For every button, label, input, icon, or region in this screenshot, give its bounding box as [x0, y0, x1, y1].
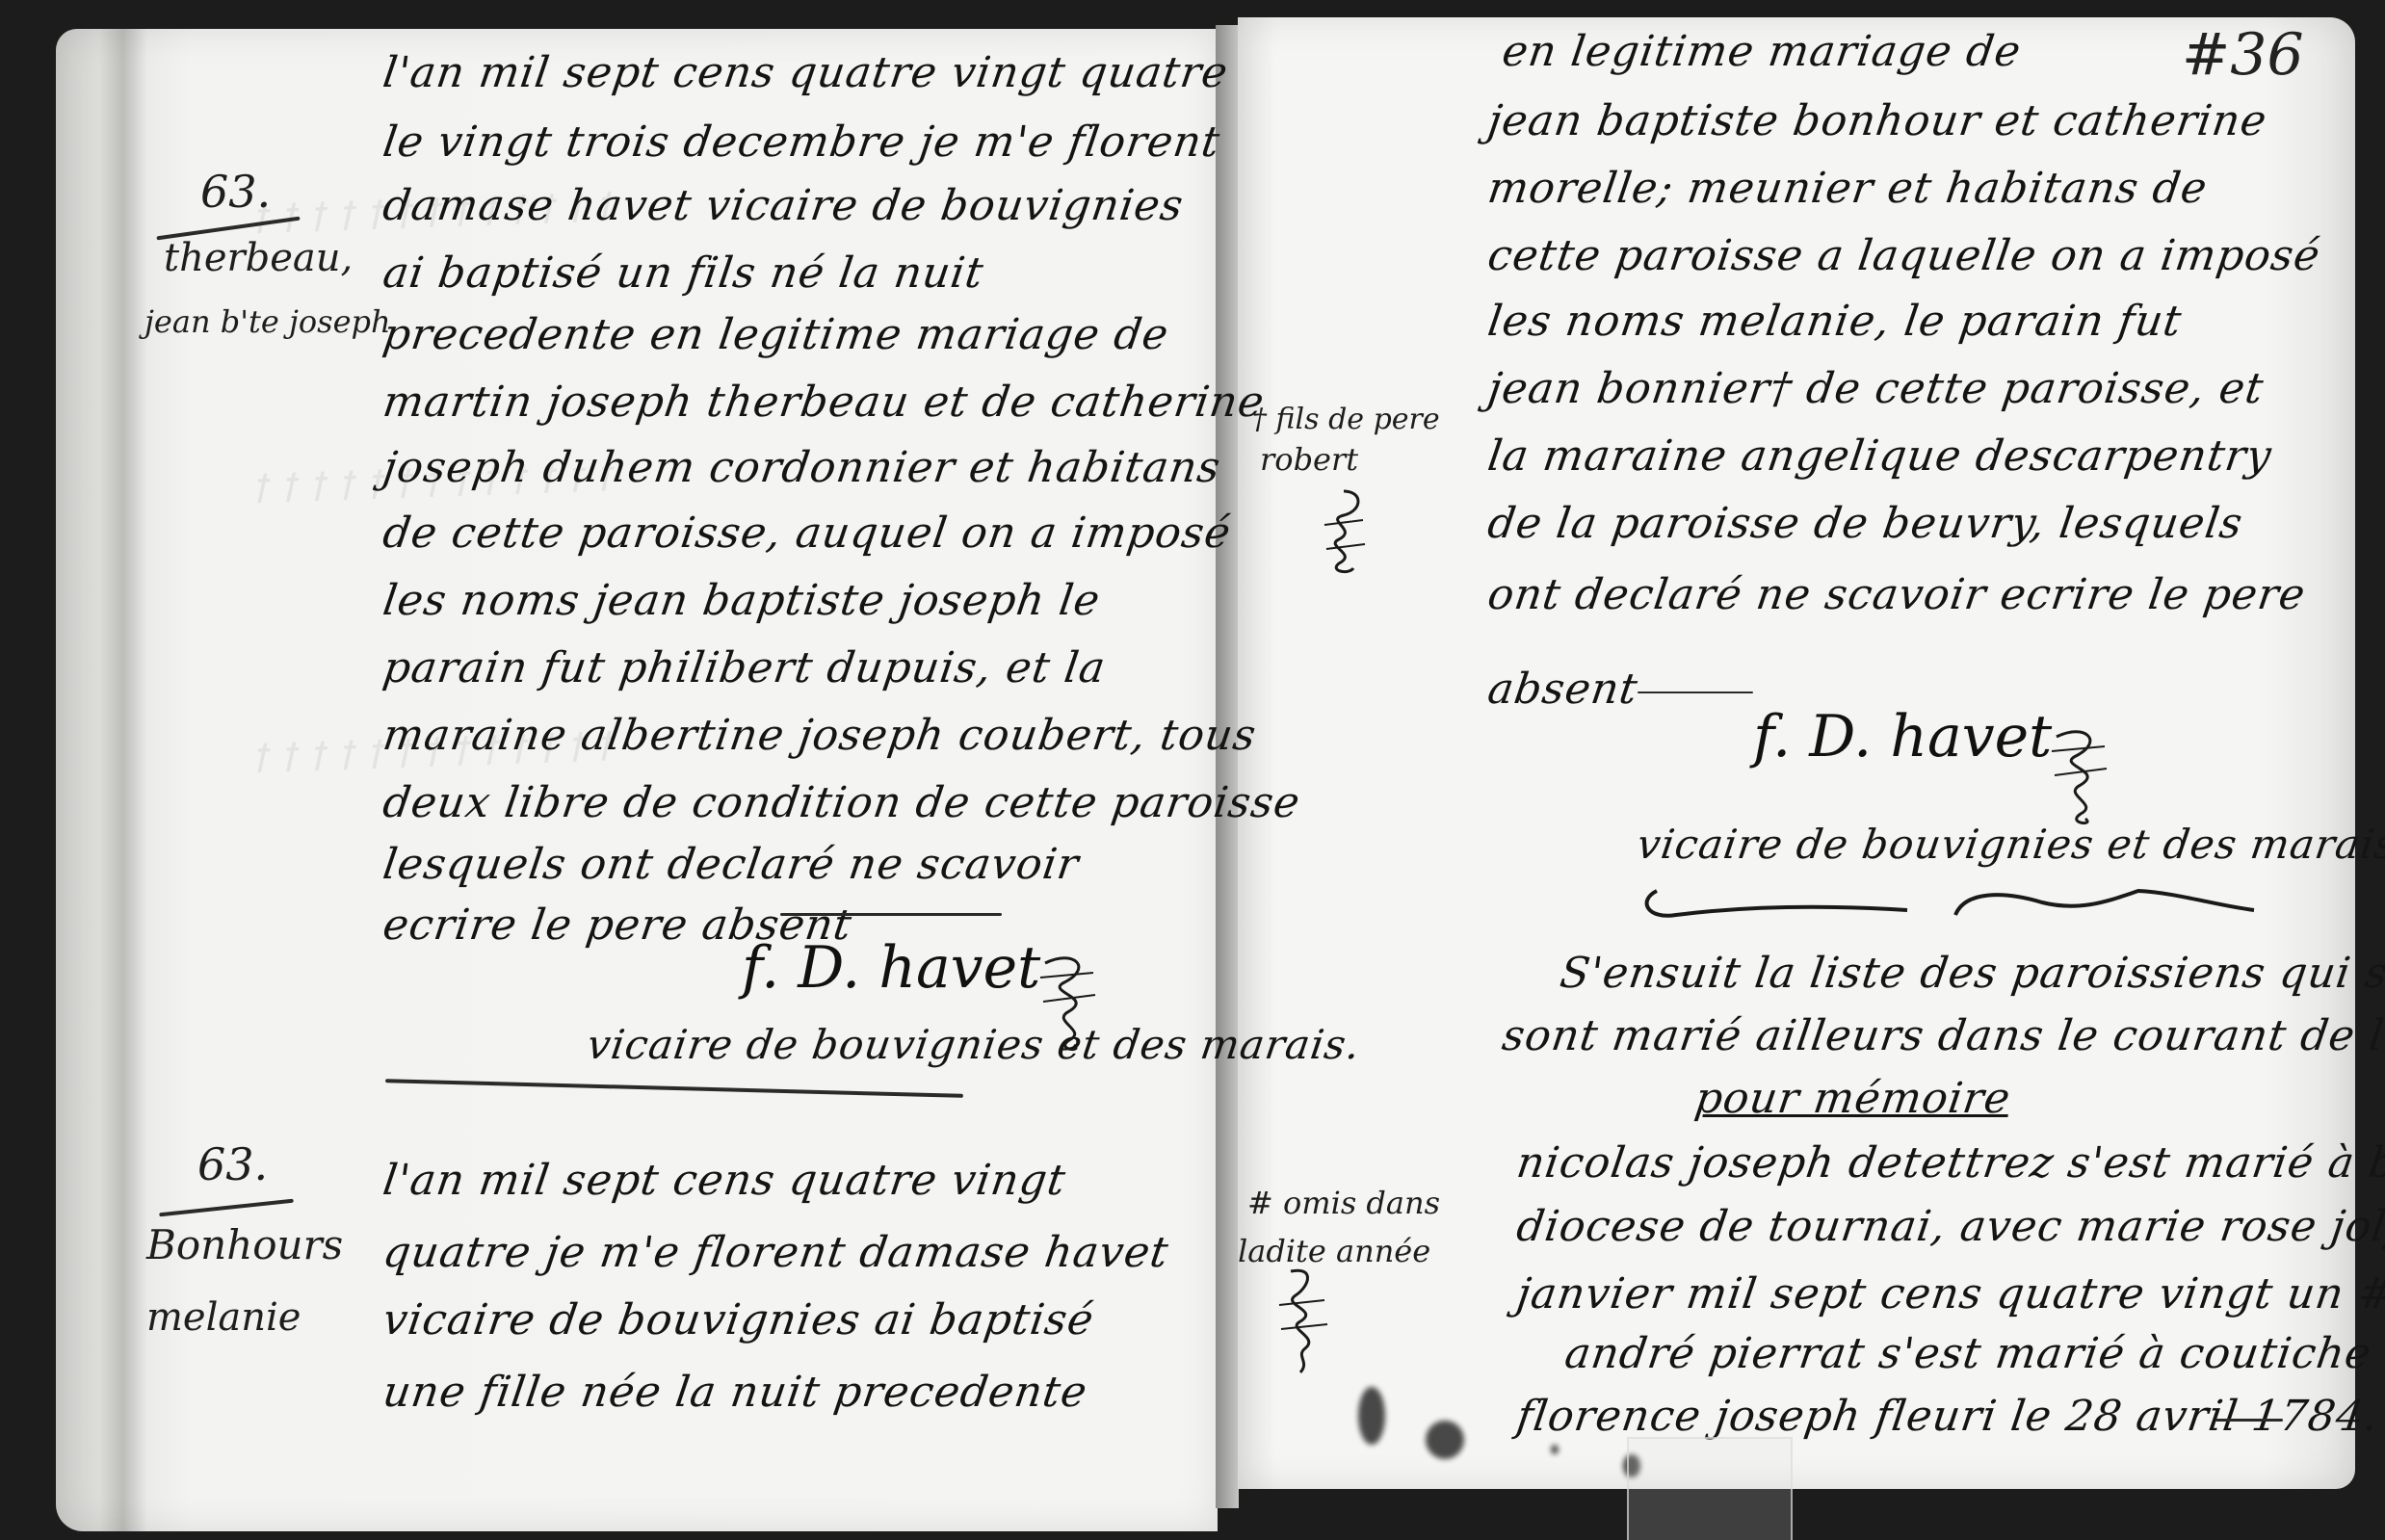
- register-line: quatre je m'e florent damase havet: [380, 1228, 1171, 1277]
- register-line: une fille née la nuit precedente: [380, 1368, 1090, 1417]
- register-line: de la paroisse de beuvry, lesquels: [1484, 499, 2245, 548]
- ink-blot: [1426, 1421, 1464, 1459]
- marriage-list-line: janvier mil sept cens quatre vingt un #: [1513, 1269, 2385, 1318]
- register-line: maraine albertine joseph coubert, tous: [380, 711, 1259, 760]
- register-line: l'an mil sept cens quatre vingt quatre: [380, 48, 1231, 97]
- line-filler-rule: [1638, 692, 1753, 693]
- register-line: deux libre de condition de cette paroiss…: [380, 778, 1303, 827]
- marriage-list-line: andré pierrat s'est marié à coutiche ave…: [1561, 1329, 2385, 1378]
- register-line: la maraine angelique descarpentry: [1484, 431, 2274, 481]
- register-line: morelle; meunier et habitans de: [1484, 164, 2211, 213]
- margin-note-godfather-name: robert: [1260, 441, 1358, 478]
- ink-blot: [1358, 1387, 1385, 1445]
- margin-note-godfather: † fils de pere: [1252, 403, 1440, 436]
- register-line: jean baptiste bonhour et catherine: [1484, 96, 2269, 145]
- margin-flourish-icon: [1271, 1262, 1339, 1377]
- register-line: absent: [1484, 665, 1640, 714]
- register-line: parain fut philibert dupuis, et la: [380, 643, 1109, 692]
- register-line: ont declaré ne scavoir ecrire le pere: [1484, 570, 2308, 619]
- entry-number: 63.: [200, 166, 271, 218]
- margin-surname: therbeau,: [164, 236, 353, 280]
- book-gutter: [1216, 25, 1239, 1508]
- register-line: l'an mil sept cens quatre vingt: [380, 1156, 1068, 1205]
- margin-note-omitted: # omis dans: [1247, 1185, 1440, 1221]
- register-line: jean bonnier† de cette paroisse, et: [1484, 364, 2267, 413]
- marriage-list-line: florence joseph fleuri le 28 avril 1784.: [1513, 1392, 2381, 1441]
- register-line: ai baptisé un fils né la nuit: [380, 248, 986, 298]
- signature-flourish-icon: [2047, 722, 2114, 828]
- marriage-list-line: nicolas joseph detettrez s'est marié à b…: [1513, 1138, 2385, 1188]
- register-line: joseph duhem cordonnier et habitans: [380, 443, 1223, 492]
- signature-title: vicaire de bouvignies et des marais.: [585, 1021, 1364, 1068]
- list-subheading: pour mémoire: [1691, 1074, 2013, 1123]
- register-line: le vingt trois decembre je m'e florent: [380, 117, 1222, 167]
- entry-number: 63.: [197, 1138, 268, 1190]
- register-line: lesquels ont declaré ne scavoir: [380, 840, 1082, 889]
- line-filler-rule: [2215, 1419, 2283, 1422]
- register-line: en legitime mariage de: [1499, 27, 2024, 76]
- register-line: les noms melanie, le parain fut: [1484, 297, 2185, 346]
- margin-flourish-icon: [1315, 486, 1373, 578]
- register-line: les noms jean baptiste joseph le: [380, 576, 1103, 625]
- margin-given-names: jean b'te joseph: [144, 303, 391, 340]
- priest-signature: f. D. havet: [1753, 703, 2052, 770]
- register-line: vicaire de bouvignies ai baptisé: [380, 1295, 1097, 1344]
- margin-given-name: melanie: [146, 1295, 301, 1340]
- page-holder-clip: [1627, 1437, 1793, 1540]
- margin-surname: Bonhours: [146, 1221, 343, 1268]
- line-filler-rule: [780, 913, 1002, 916]
- register-line: cette paroisse a laquelle on a imposé: [1484, 231, 2323, 280]
- list-heading-line: sont marié ailleurs dans le courant de l…: [1499, 1011, 2385, 1060]
- decorative-flourish-icon: [1638, 881, 2273, 929]
- list-heading-line: S'ensuit la liste des paroissiens qui se: [1557, 949, 2385, 998]
- priest-signature: f. D. havet: [742, 934, 1040, 1002]
- ink-blot: [1551, 1445, 1559, 1454]
- register-line: damase havet vicaire de bouvignies: [380, 181, 1187, 230]
- signature-title: vicaire de bouvignies et des marais.: [1635, 821, 2385, 868]
- register-line: martin joseph therbeau et de catherine: [380, 378, 1268, 427]
- register-line: de cette paroisse, auquel on a imposé: [380, 509, 1234, 558]
- register-line: precedente en legitime mariage de: [380, 310, 1171, 359]
- folio-number: #36: [2182, 21, 2304, 89]
- marriage-list-line: diocese de tournai, avec marie rose joly…: [1513, 1202, 2385, 1251]
